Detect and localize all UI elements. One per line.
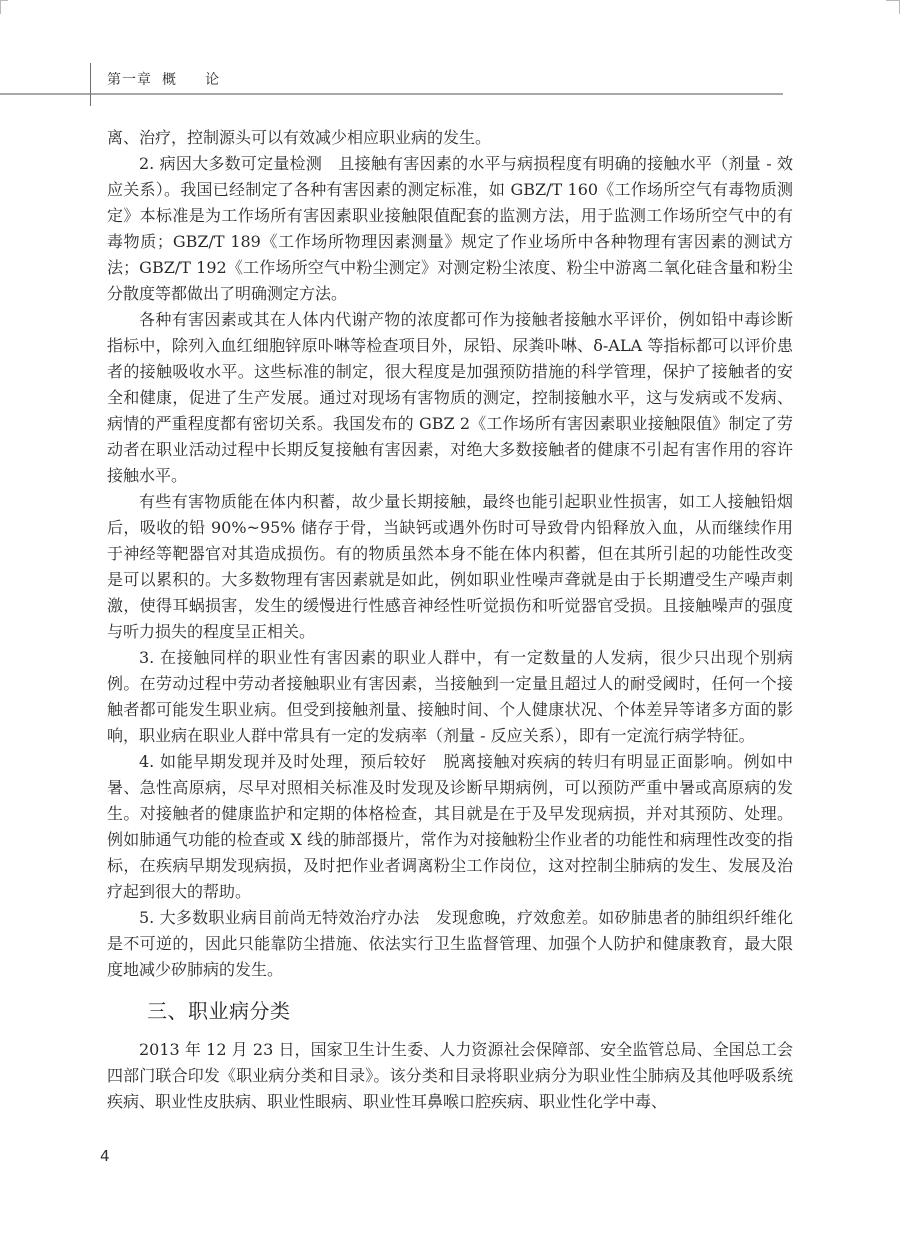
page-number: 4 (100, 1147, 110, 1165)
paragraph: 有些有害物质能在体内积蓄，故少量长期接触，最终也能引起职业性损害，如工人接触铅烟… (107, 489, 793, 645)
paragraph: 离、治疗，控制源头可以有效减少相应职业病的发生。 (107, 125, 793, 151)
paragraph: 各种有害因素或其在人体内代谢产物的浓度都可作为接触者接触水平评价，例如铅中毒诊断… (107, 307, 793, 489)
paragraph: 2013 年 12 月 23 日，国家卫生计生委、人力资源社会保障部、安全监管总… (107, 1037, 793, 1115)
header-rule (0, 93, 783, 95)
crop-mark-top-left-h (0, 0, 8, 1)
page-body: 离、治疗，控制源头可以有效减少相应职业病的发生。 2. 病因大多数可定量检测且接… (107, 125, 793, 1115)
running-head-title-1: 概 (162, 72, 177, 88)
item-lead: 2. 病因大多数可定量检测 (139, 154, 322, 173)
paragraph-item-5: 5. 大多数职业病目前尚无特效治疗办法发现愈晚，疗效愈差。如矽肺患者的肺组织纤维… (107, 905, 793, 983)
running-head-title-2: 论 (205, 72, 220, 88)
item-body: 且接触有害因素的水平与病损程度有明确的接触水平（剂量 - 效应关系）。我国已经制… (107, 154, 793, 303)
crop-mark-top-right-h (886, 0, 900, 1)
item-lead: 5. 大多数职业病目前尚无特效治疗办法 (139, 908, 420, 927)
paragraph-item-2: 2. 病因大多数可定量检测且接触有害因素的水平与病损程度有明确的接触水平（剂量 … (107, 151, 793, 307)
paragraph-item-4: 4. 如能早期发现并及时处理，预后较好脱离接触对疾病的转归有明显正面影响。例如中… (107, 749, 793, 905)
item-lead: 4. 如能早期发现并及时处理，预后较好 (139, 752, 427, 771)
paragraph-item-3: 3. 在接触同样的职业性有害因素的职业人群中，有一定数量的人发病，很少只出现个别… (107, 645, 793, 749)
item-body: 脱离接触对疾病的转归有明显正面影响。例如中暑、急性高原病，尽早对照相关标准及时发… (107, 752, 793, 901)
running-head-chapter: 第一章 (107, 72, 152, 88)
header-vertical-rule (90, 63, 91, 106)
crop-mark-top-left-v (0, 0, 1, 14)
section-heading: 三、职业病分类 (107, 997, 793, 1025)
running-head: 第一章概论 (107, 69, 220, 89)
